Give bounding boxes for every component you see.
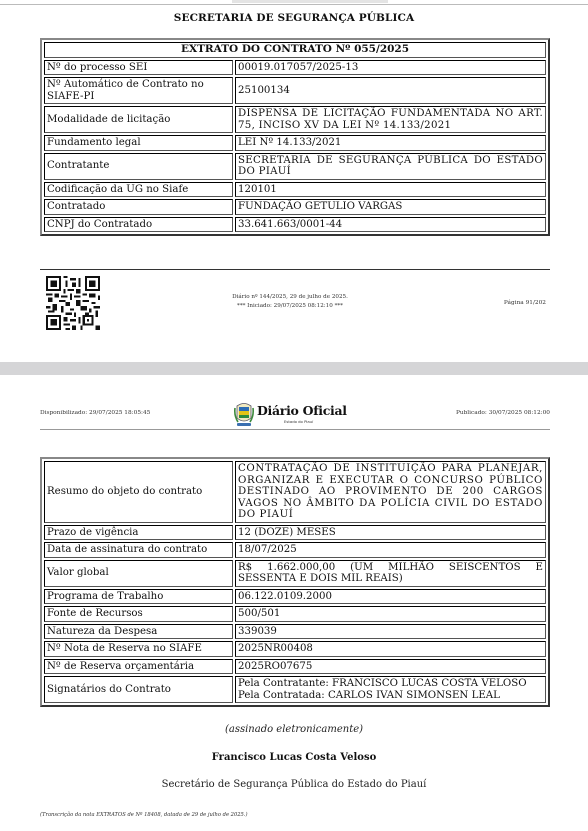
row-label: Fundamento legal <box>44 135 233 151</box>
diario-line: Diário nº 144/2025, 29 de julho de 2025. <box>190 293 390 302</box>
page-separator <box>0 362 588 375</box>
table-row: CNPJ do Contratado33.641.663/0001-44 <box>44 217 546 233</box>
diario-oficial-logo: Diário Oficial Estado do Piauí <box>234 402 354 428</box>
row-value: R$ 1.662.000,00 (UM MILHÃO SEISCENTOS E … <box>235 560 546 587</box>
row-label: Resumo do objeto do contrato <box>44 461 233 523</box>
top-tab <box>232 0 388 3</box>
table-row: Nº do processo SEI00019.017057/2025-13 <box>44 60 546 76</box>
diario-info: Diário nº 144/2025, 29 de julho de 2025.… <box>190 293 390 311</box>
table-row: Nº Automático de Contrato no SIAFE-PI251… <box>44 77 546 104</box>
logo-subtitle: Estado do Piauí <box>284 419 313 424</box>
signatory-contratada: Pela Contratada: CARLOS IVAN SIMONSEN LE… <box>238 690 543 702</box>
contract-details-table: Resumo do objeto do contratoCONTRATAÇÃO … <box>40 457 550 707</box>
row-value: 00019.017057/2025-13 <box>235 60 546 76</box>
table-title: EXTRATO DO CONTRATO Nº 055/2025 <box>44 42 546 58</box>
table-row: Resumo do objeto do contratoCONTRATAÇÃO … <box>44 461 546 523</box>
logo-title: Diário Oficial <box>257 403 347 418</box>
table-row: Prazo de vigência12 (DOZE) MESES <box>44 525 546 541</box>
row-value: FUNDAÇÃO GETULIO VARGAS <box>235 199 546 215</box>
publicado-timestamp: Publicado: 30/07/2025 08:12:00 <box>456 410 550 416</box>
row-value: 33.641.663/0001-44 <box>235 217 546 233</box>
row-label: Valor global <box>44 560 233 587</box>
row-value: 2025RO07675 <box>235 659 546 675</box>
transcription-note: (Transcrição da nota EXTRATOS de Nº 1840… <box>40 812 248 818</box>
row-value: 2025NR00408 <box>235 641 546 657</box>
row-label: Nº Automático de Contrato no SIAFE-PI <box>44 77 233 104</box>
row-label: Modalidade de licitação <box>44 106 233 133</box>
row-value: 339039 <box>235 624 546 640</box>
row-value: LEI Nº 14.133/2021 <box>235 135 546 151</box>
row-value: 18/07/2025 <box>235 542 546 558</box>
header-divider <box>40 429 550 430</box>
row-value: 500/501 <box>235 606 546 622</box>
signatories-value: Pela Contratante: FRANCISCO LUCAS COSTA … <box>235 676 546 703</box>
contract-extract-table: EXTRATO DO CONTRATO Nº 055/2025 Nº do pr… <box>40 38 550 236</box>
section-title: SECRETARIA DE SEGURANÇA PÚBLICA <box>0 12 588 24</box>
table-row: Fundamento legalLEI Nº 14.133/2021 <box>44 135 546 151</box>
table-row: ContratadoFUNDAÇÃO GETULIO VARGAS <box>44 199 546 215</box>
table-row: Programa de Trabalho06.122.0109.2000 <box>44 589 546 605</box>
table-row: Data de assinatura do contrato18/07/2025 <box>44 542 546 558</box>
row-value: 12 (DOZE) MESES <box>235 525 546 541</box>
footer-divider <box>40 269 550 270</box>
row-value: 06.122.0109.2000 <box>235 589 546 605</box>
table-row: Nº de Reserva orçamentária2025RO07675 <box>44 659 546 675</box>
row-label: Natureza da Despesa <box>44 624 233 640</box>
row-label: Nº de Reserva orçamentária <box>44 659 233 675</box>
row-label: Contratado <box>44 199 233 215</box>
row-label: Programa de Trabalho <box>44 589 233 605</box>
row-label: CNPJ do Contratado <box>44 217 233 233</box>
table-row: Signatários do Contrato Pela Contratante… <box>44 676 546 703</box>
table-row: ContratanteSECRETARIA DE SEGURANÇA PÚBLI… <box>44 153 546 180</box>
row-label: Contratante <box>44 153 233 180</box>
table-row: Natureza da Despesa339039 <box>44 624 546 640</box>
signer-role: Secretário de Segurança Pública do Estad… <box>0 779 588 790</box>
row-value: DISPENSA DE LICITAÇÃO FUNDAMENTADA NO AR… <box>235 106 546 133</box>
row-label: Codificação da UG no Siafe <box>44 182 233 198</box>
row-label: Fonte de Recursos <box>44 606 233 622</box>
row-label: Nº do processo SEI <box>44 60 233 76</box>
signatory-contratante: Pela Contratante: FRANCISCO LUCAS COSTA … <box>238 678 543 690</box>
row-value: CONTRATAÇÃO DE INSTITUIÇÃO PARA PLANEJAR… <box>235 461 546 523</box>
piaui-crest-icon <box>234 402 254 428</box>
top-edge <box>0 0 588 5</box>
table-row: Nº Nota de Reserva no SIAFE2025NR00408 <box>44 641 546 657</box>
page-number: Página 91/202 <box>504 300 546 306</box>
signer-name: Francisco Lucas Costa Veloso <box>0 752 588 763</box>
row-value: 25100134 <box>235 77 546 104</box>
table-row: Codificação da UG no Siafe120101 <box>44 182 546 198</box>
row-label: Signatários do Contrato <box>44 676 233 703</box>
table-row: Fonte de Recursos500/501 <box>44 606 546 622</box>
qr-code-icon[interactable] <box>46 276 100 330</box>
row-label: Data de assinatura do contrato <box>44 542 233 558</box>
row-value: 120101 <box>235 182 546 198</box>
row-label: Prazo de vigência <box>44 525 233 541</box>
row-label: Nº Nota de Reserva no SIAFE <box>44 641 233 657</box>
table-row: Modalidade de licitaçãoDISPENSA DE LICIT… <box>44 106 546 133</box>
table-row: Valor globalR$ 1.662.000,00 (UM MILHÃO S… <box>44 560 546 587</box>
row-value: SECRETARIA DE SEGURANÇA PÚBLICA DO ESTAD… <box>235 153 546 180</box>
signed-note: (assinado eletronicamente) <box>0 724 588 735</box>
disponibilizado-timestamp: Disponibilizado: 29/07/2025 18:05:45 <box>40 410 150 416</box>
iniciado-line: *** Iniciado: 29/07/2025 08:12:10 *** <box>190 302 390 311</box>
